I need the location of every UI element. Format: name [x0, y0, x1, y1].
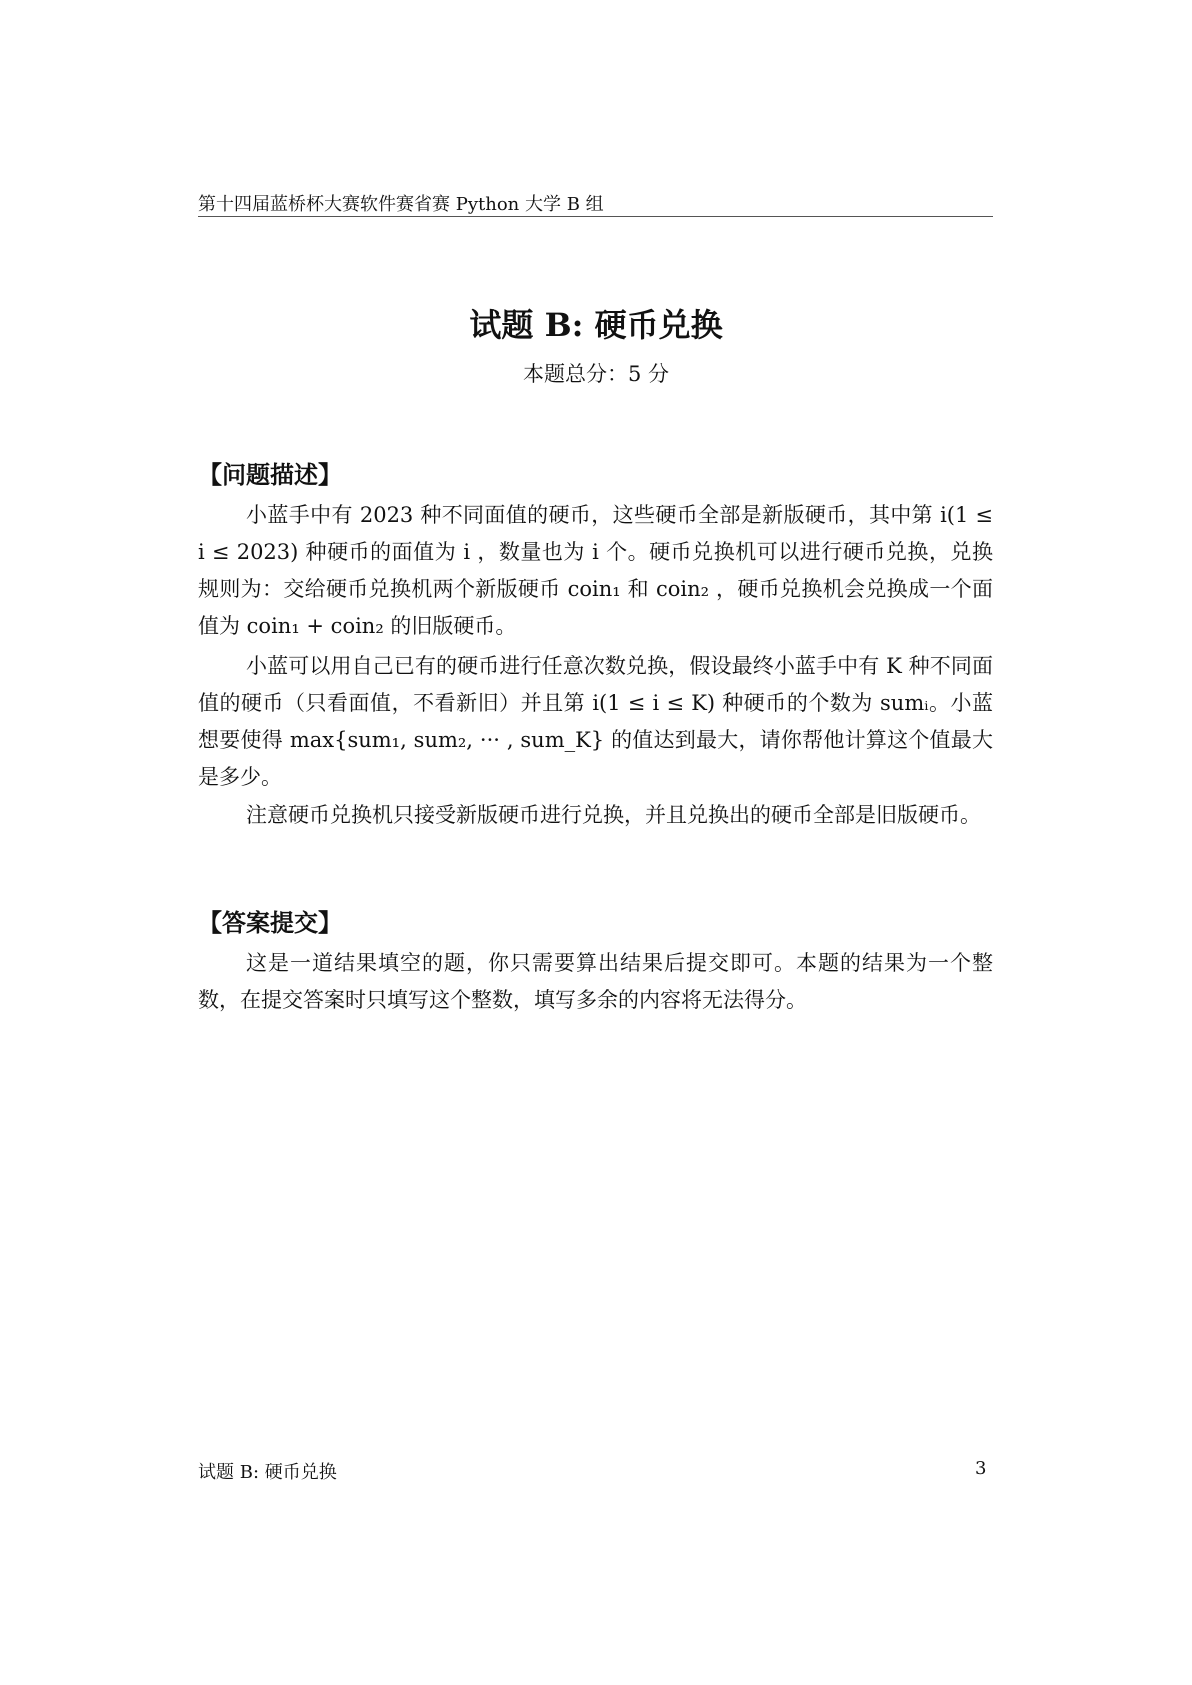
submission-paragraph: 这是一道结果填空的题，你只需要算出结果后提交即可。本题的结果为一个整数，在提交答… — [198, 945, 993, 1019]
page-number: 3 — [975, 1458, 986, 1479]
description-paragraph-3: 注意硬币兑换机只接受新版硬币进行兑换，并且兑换出的硬币全部是旧版硬币。 — [198, 797, 993, 834]
problem-score: 本题总分：5 分 — [0, 358, 1192, 388]
description-paragraph-2: 小蓝可以用自己已有的硬币进行任意次数兑换，假设最终小蓝手中有 K 种不同面值的硬… — [198, 648, 993, 796]
header-rule — [198, 216, 993, 217]
description-paragraph-1: 小蓝手中有 2023 种不同面值的硬币，这些硬币全部是新版硬币，其中第 i(1 … — [198, 497, 993, 645]
section-heading-description: 【问题描述】 — [198, 455, 342, 490]
running-header: 第十四届蓝桥杯大赛软件赛省赛 Python 大学 B 组 — [198, 190, 993, 216]
section-heading-submission: 【答案提交】 — [198, 903, 342, 938]
running-footer: 试题 B: 硬币兑换 — [198, 1458, 337, 1484]
problem-title: 试题 B: 硬币兑换 — [0, 300, 1192, 346]
